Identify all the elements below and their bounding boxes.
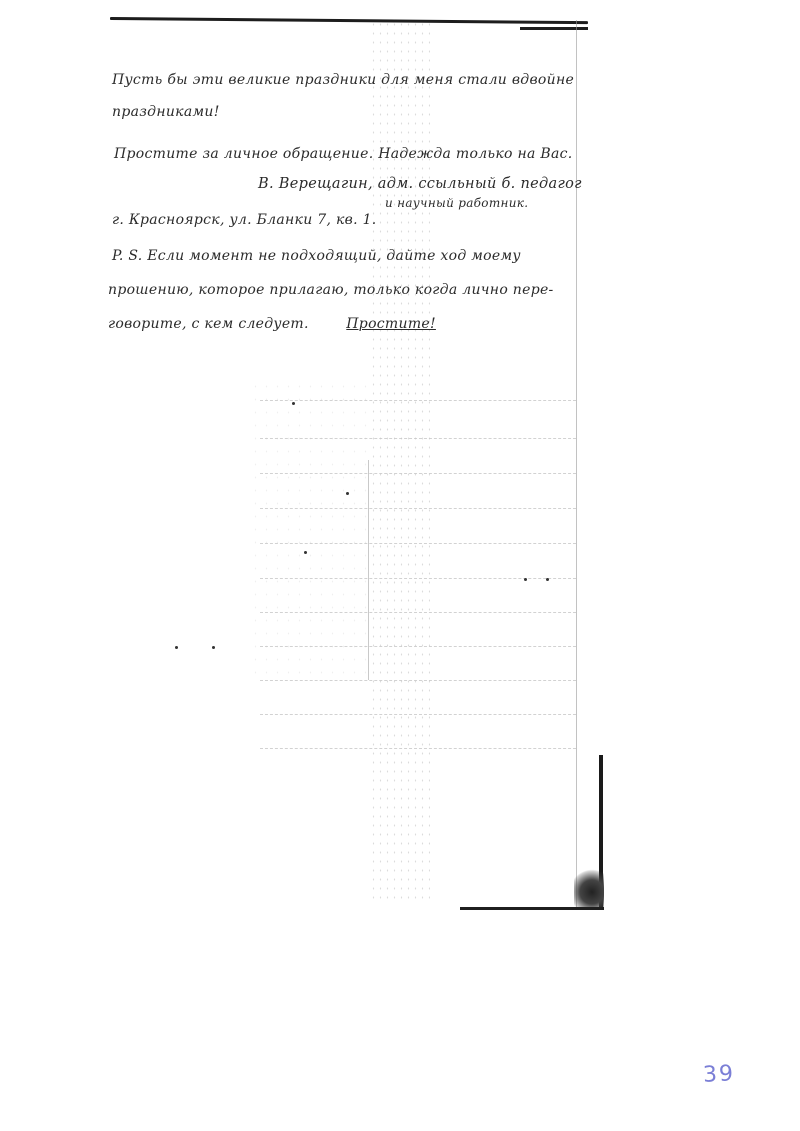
ink-speck [346, 492, 349, 495]
ruled-line [260, 438, 576, 439]
ink-speck [546, 578, 549, 581]
sheet-corner-smudge [574, 868, 604, 908]
signature: В. Верещагин, адм. ссыльный б. педагог [258, 176, 582, 192]
postscript-closing: Простите! [346, 316, 436, 332]
ink-speck [212, 646, 215, 649]
ruled-line [260, 400, 576, 401]
letter-line-1: Пусть бы эти великие праздники для меня … [112, 72, 574, 88]
ink-speck [175, 646, 178, 649]
faint-vertical-line [368, 460, 369, 680]
ruled-line [260, 473, 576, 474]
ruled-line [260, 714, 576, 715]
postscript-line-3-text: говорите, с кем следует. [108, 316, 309, 332]
sender-address: г. Красноярск, ул. Бланки 7, кв. 1. [112, 212, 377, 228]
ruled-line [260, 646, 576, 647]
scanned-page: Пусть бы эти великие праздники для меня … [0, 0, 800, 1131]
ruled-line [260, 543, 576, 544]
ruled-line [260, 680, 576, 681]
right-margin-line [576, 20, 577, 910]
sheet-bottom-edge [460, 907, 604, 910]
sheet-top-edge-tail [520, 27, 588, 30]
scan-noise-band-secondary [250, 380, 370, 680]
postscript-line-1: P. S. Если момент не подходящий, дайте х… [112, 248, 521, 264]
postscript-line-2: прошению, которое прилагаю, только когда… [108, 282, 554, 298]
ink-speck [304, 551, 307, 554]
sheet-top-edge [110, 17, 588, 24]
ruled-line [260, 612, 576, 613]
letter-line-3: Простите за личное обращение. Надежда то… [114, 146, 573, 162]
ruled-line [260, 508, 576, 509]
ink-speck [292, 402, 295, 405]
ink-speck [524, 578, 527, 581]
ruled-line [260, 578, 576, 579]
archive-page-number: 39 [702, 1061, 735, 1088]
postscript-line-3: говорите, с кем следует. Простите! [108, 316, 436, 332]
signature-subtitle: и научный работник. [385, 196, 528, 210]
letter-line-2: праздниками! [112, 104, 220, 120]
ruled-line [260, 748, 576, 749]
